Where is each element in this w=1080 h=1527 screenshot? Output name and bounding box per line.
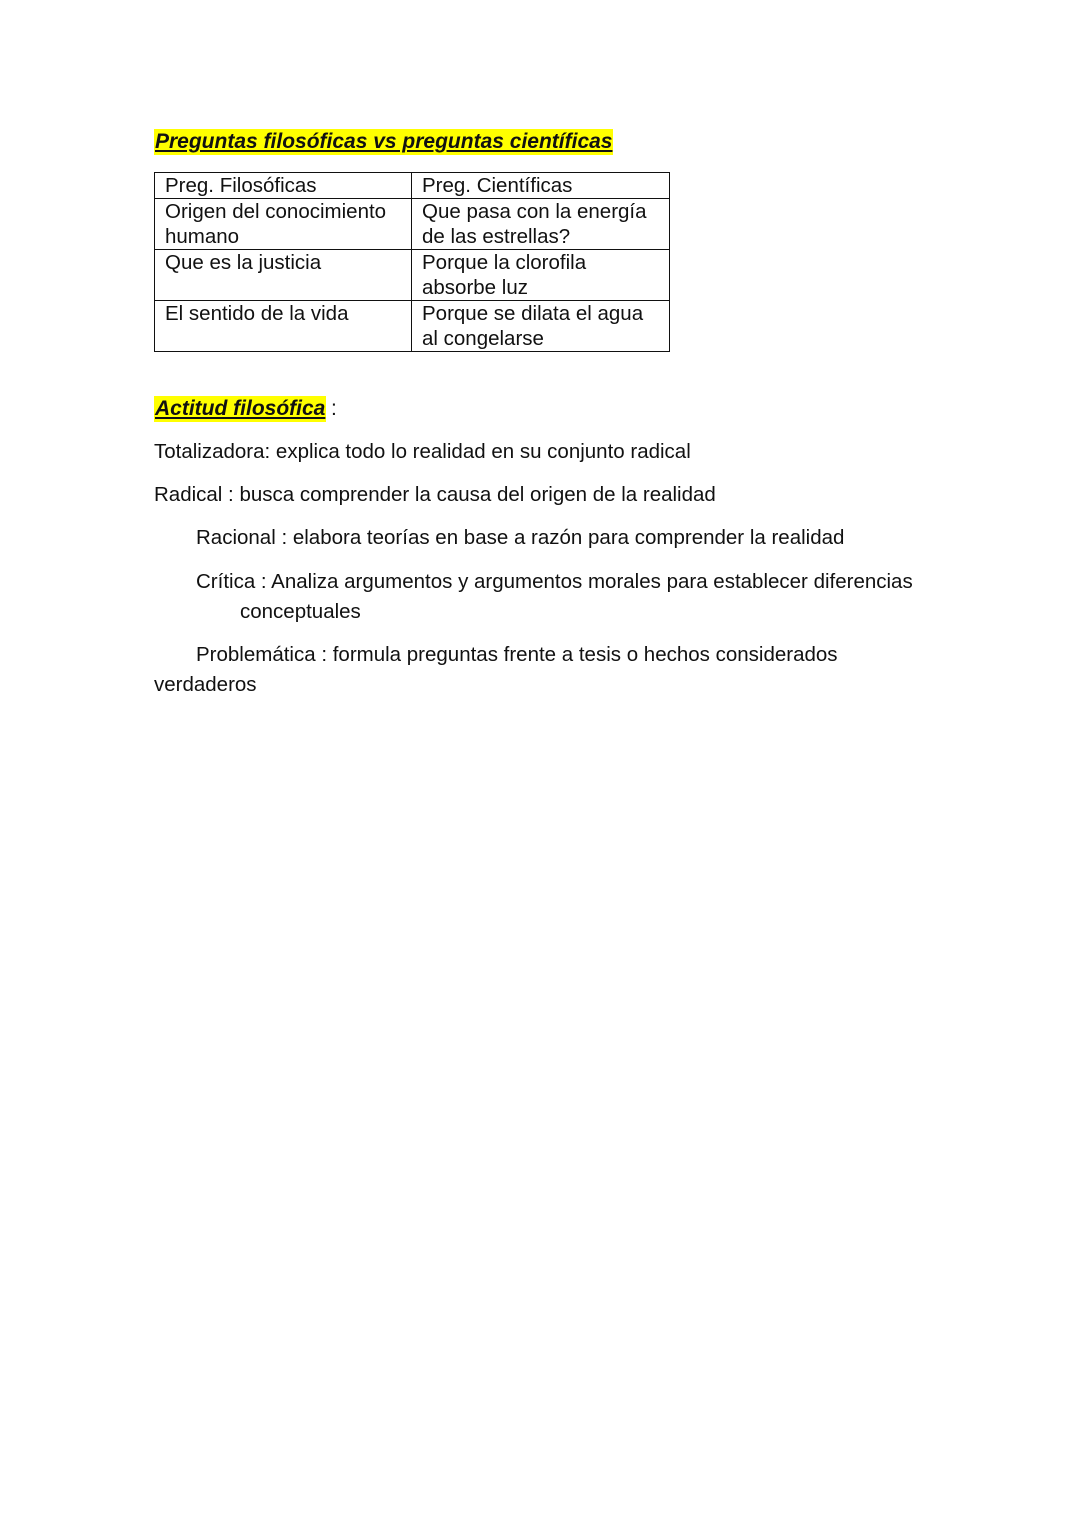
table-cell: Porque se dilata el agua al congelarse	[412, 301, 670, 352]
header-philosophical: Preg. Filosóficas	[155, 173, 412, 199]
table-cell: Que pasa con la energía de las estrellas…	[412, 199, 670, 250]
attitude-item-totalizadora: Totalizadora: explica todo lo realidad e…	[154, 437, 914, 467]
table-header-row: Preg. Filosóficas Preg. Científicas	[155, 173, 670, 199]
critica-text-continued: conceptuales	[240, 600, 361, 623]
table-row: El sentido de la vida Porque se dilata e…	[155, 301, 670, 352]
table-cell: Origen del conocimiento humano	[155, 199, 412, 250]
questions-comparison-table: Preg. Filosóficas Preg. Científicas Orig…	[154, 172, 670, 352]
heading-colon: :	[331, 396, 337, 422]
attitude-item-racional: Racional : elabora teorías en base a raz…	[154, 523, 914, 553]
attitude-item-critica: Crítica : Analiza argumentos y argumento…	[154, 567, 914, 627]
table-cell: El sentido de la vida	[155, 301, 412, 352]
attitude-item-radical: Radical : busca comprender la causa del …	[154, 480, 914, 510]
table-cell: Porque la clorofila absorbe luz	[412, 250, 670, 301]
table-row: Que es la justicia Porque la clorofila a…	[155, 250, 670, 301]
critica-text: Crítica : Analiza argumentos y argumento…	[196, 570, 913, 593]
document-page: Preguntas filosóficas vs preguntas cient…	[0, 0, 1080, 1527]
attitude-item-problematica: Problemática : formula preguntas frente …	[154, 640, 914, 700]
header-scientific: Preg. Científicas	[412, 173, 670, 199]
section-heading-questions: Preguntas filosóficas vs preguntas cient…	[154, 129, 613, 155]
section-heading-attitude: Actitud filosófica	[154, 396, 326, 422]
table-row: Origen del conocimiento humano Que pasa …	[155, 199, 670, 250]
table-cell: Que es la justicia	[155, 250, 412, 301]
